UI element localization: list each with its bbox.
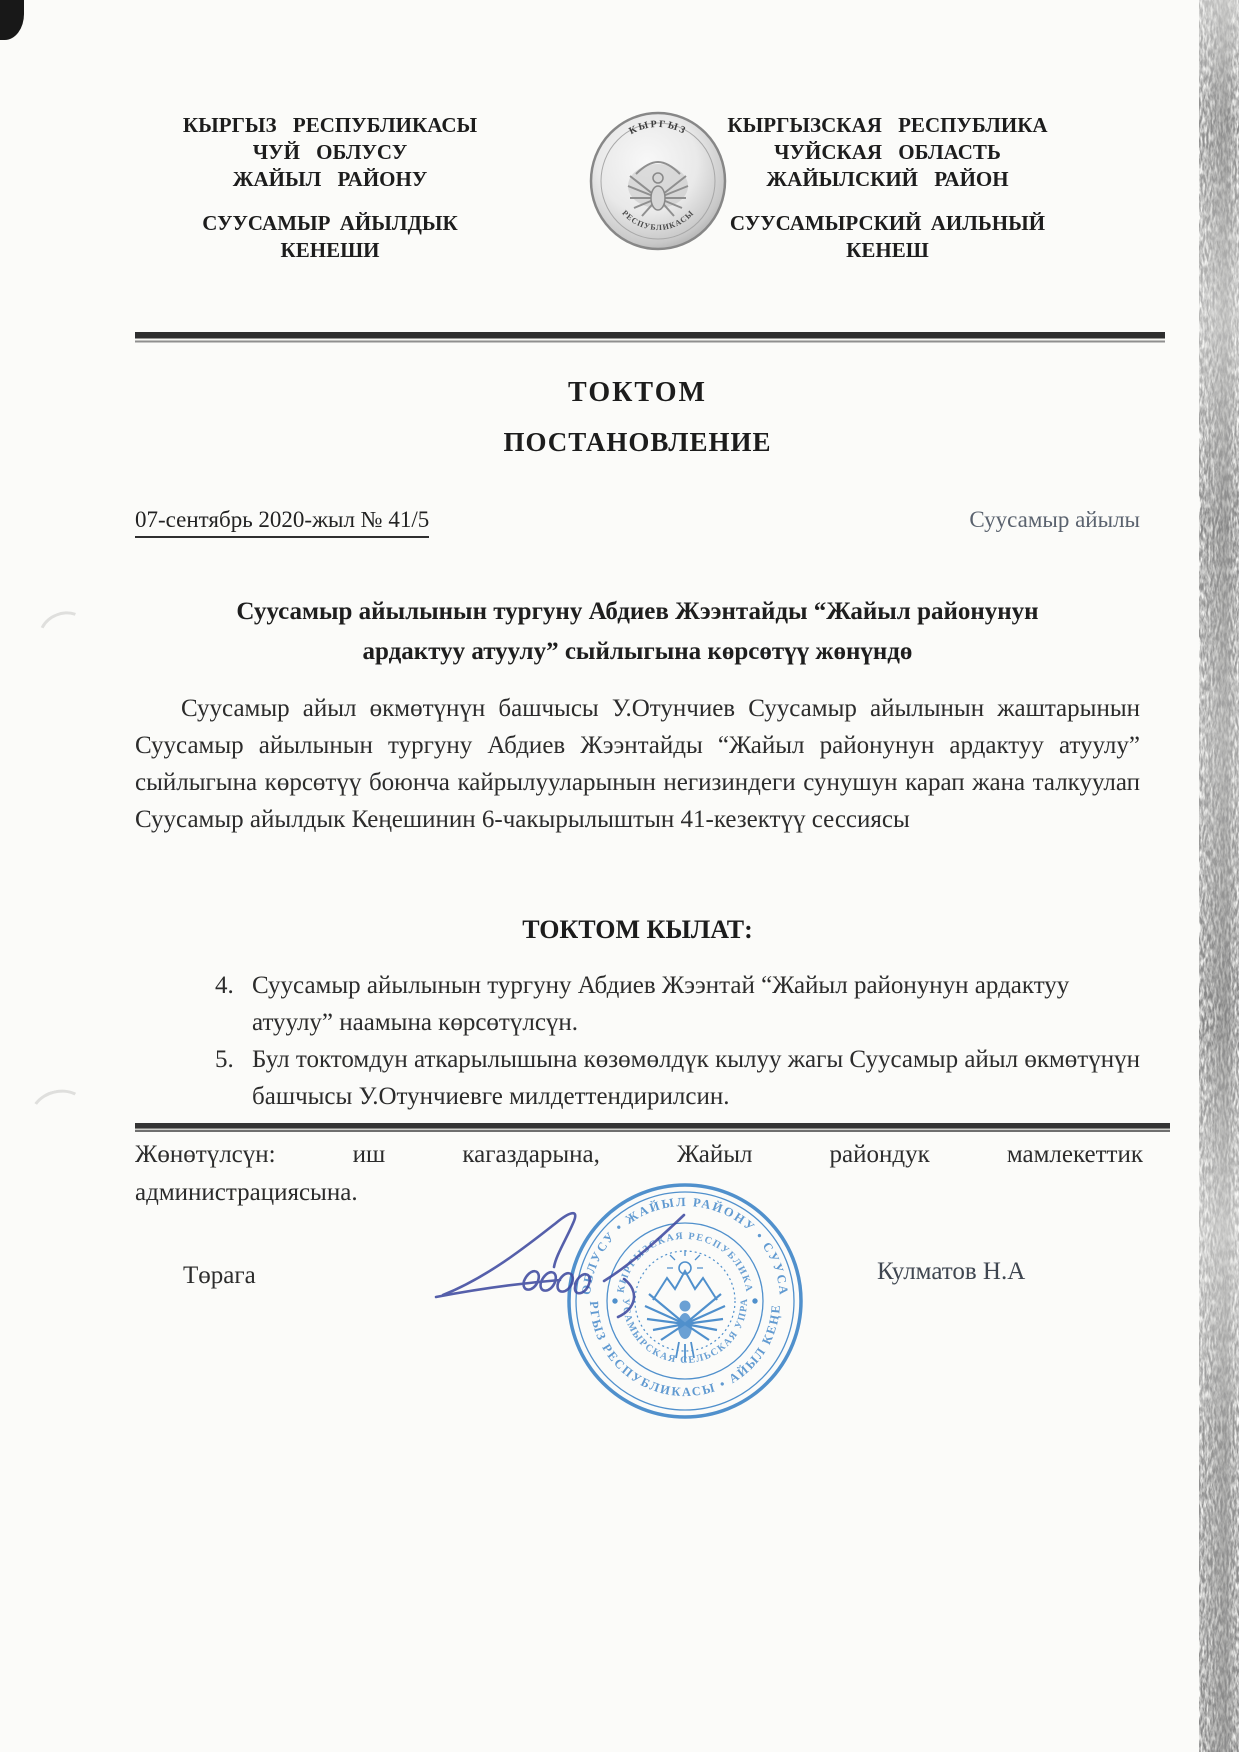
scan-smudge-artifact [25, 1084, 92, 1143]
list-item-text: Бул токтомдун аткарылышына көзөмөлдүк кы… [252, 1041, 1140, 1115]
header-right-block: КЫРГЫЗСКАЯ РЕСПУБЛИКА ЧУЙСКАЯ ОБЛАСТЬ ЖА… [650, 112, 1125, 264]
signer-name: Кулматов Н.А [877, 1258, 1025, 1286]
header-divider [135, 332, 1165, 344]
signer-title: Төрага [183, 1262, 256, 1290]
list-item-number: 4. [215, 967, 252, 1041]
header-right-org-line: КЕНЕШ [650, 237, 1125, 264]
list-item-number: 5. [215, 1041, 252, 1115]
header-left-region: ЧУЙ ОБЛУСУ [120, 139, 540, 166]
header-left-block: КЫРГЫЗ РЕСПУБЛИКАСЫ ЧУЙ ОБЛУСУ ЖАЙЫЛ РАЙ… [120, 112, 540, 264]
header-left-district: ЖАЙЫЛ РАЙОНУ [120, 166, 540, 193]
header-left-org-line: СУУСАМЫР АЙЫЛДЫК [120, 210, 540, 237]
subject-line: Суусамыр айылынын тургуну Абдиев Жээнтай… [135, 592, 1140, 632]
header-right-org-line: СУУСАМЫРСКИЙ АИЛЬНЫЙ [650, 210, 1125, 237]
header-left-org-line: КЕНЕШИ [120, 237, 540, 264]
header-right-district: ЖАЙЫЛСКИЙ РАЙОН [650, 166, 1125, 193]
body-paragraph: Суусамыр айыл өкмөтүнүн башчысы У.Отунчи… [135, 690, 1140, 838]
signature-ink [428, 1183, 738, 1343]
doc-title-russian: ПОСТАНОВЛЕНИЕ [135, 427, 1140, 458]
doc-title-kyrgyz: ТОКТОМ [135, 377, 1140, 409]
header-right-country: КЫРГЫЗСКАЯ РЕСПУБЛИКА [650, 112, 1125, 139]
list-item: 5. Бул токтомдун аткарылышына көзөмөлдүк… [215, 1041, 1140, 1115]
scan-edge-artifact [1199, 0, 1239, 1752]
list-item-text: Суусамыр айылынын тургуну Абдиев Жээнтай… [252, 967, 1140, 1041]
meta-row: 07-сентябрь 2020-жыл № 41/5 Суусамыр айы… [135, 507, 1140, 538]
header-right-region: ЧУЙСКАЯ ОБЛАСТЬ [650, 139, 1125, 166]
resolution-heading: ТОКТОМ КЫЛАТ: [135, 915, 1140, 945]
date-and-number: 07-сентябрь 2020-жыл № 41/5 [135, 507, 429, 538]
footer-divider [135, 1123, 1170, 1132]
scan-smudge-artifact [32, 604, 97, 664]
header-left-country: КЫРГЫЗ РЕСПУБЛИКАСЫ [120, 112, 540, 139]
subject-heading: Суусамыр айылынын тургуну Абдиев Жээнтай… [135, 592, 1140, 672]
distribution-line: Жөнөтүлсүн: иш кагаздарына, Жайыл районд… [135, 1136, 1143, 1174]
place-label: Суусамыр айылы [969, 507, 1140, 538]
resolution-list: 4. Суусамыр айылынын тургуну Абдиев Жээн… [215, 967, 1140, 1115]
document-page: КЫРГЫЗ РЕСПУБЛИКАСЫ ЧУЙ ОБЛУСУ ЖАЙЫЛ РАЙ… [0, 0, 1239, 1752]
scan-corner-artifact [0, 0, 24, 40]
list-item: 4. Суусамыр айылынын тургуну Абдиев Жээн… [215, 967, 1140, 1041]
subject-line: ардактуу атуулу” сыйлыгына көрсөтүү жөнү… [135, 632, 1140, 672]
